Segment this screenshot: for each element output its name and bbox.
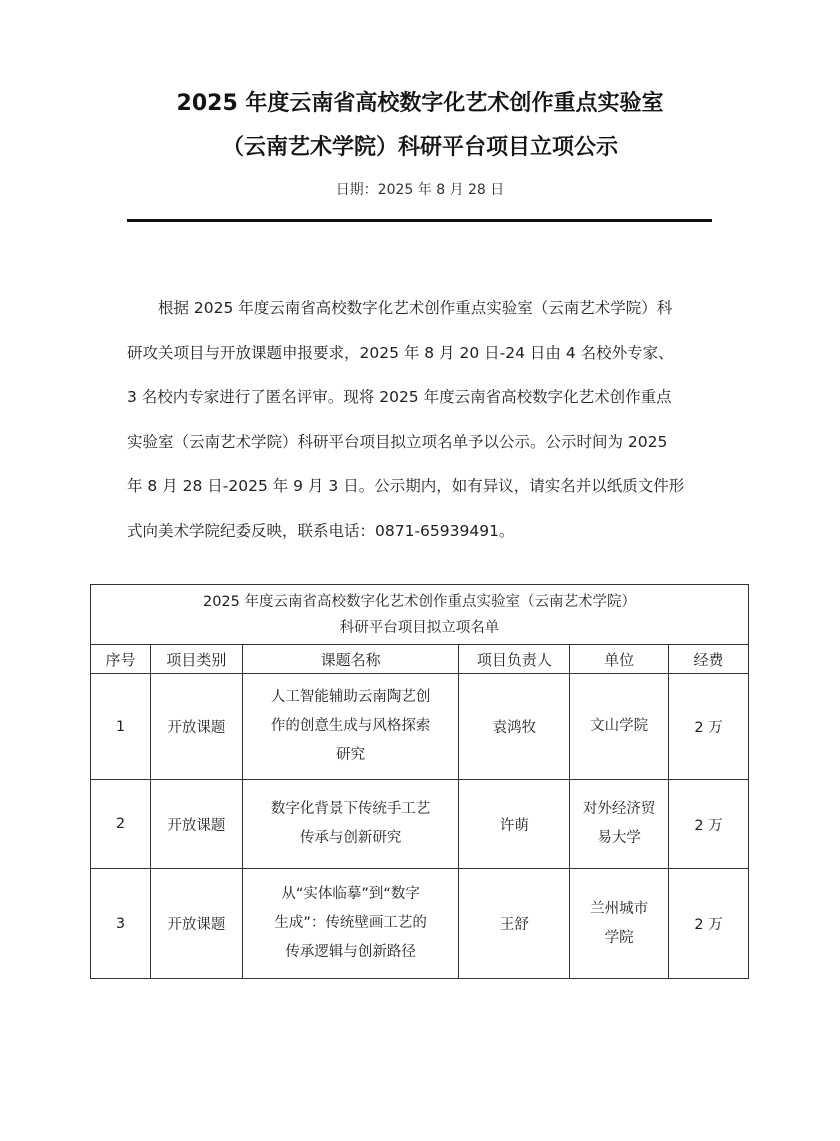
header-divider (127, 219, 712, 222)
cell-topic: 数字化背景下传统手工艺 传承与创新研究 (242, 780, 459, 869)
cell-leader: 袁鸿牧 (459, 674, 570, 780)
cell-funding: 2 万 (669, 674, 749, 780)
table-row: 2 开放课题 数字化背景下传统手工艺 传承与创新研究 许萌 对外经济贸 易大学 … (91, 780, 749, 869)
unit-line: 易大学 (570, 824, 668, 853)
header-leader: 项目负责人 (459, 645, 570, 674)
cell-no: 1 (91, 674, 151, 780)
cell-topic: 从“实体临摹”到“数字 生成”：传统壁画工艺的 传承逻辑与创新路径 (242, 869, 459, 979)
header-funding: 经费 (669, 645, 749, 674)
unit-line: 文山学院 (570, 712, 668, 741)
cell-no: 2 (91, 780, 151, 869)
header-topic: 课题名称 (242, 645, 459, 674)
topic-line: 生成”：传统壁画工艺的 (253, 909, 449, 938)
header-no: 序号 (91, 645, 151, 674)
table-row: 1 开放课题 人工智能辅助云南陶艺创 作的创意生成与风格探索 研究 袁鸿牧 文山… (91, 674, 749, 780)
document-title-line-1: 2025 年度云南省高校数字化艺术创作重点实验室 (0, 86, 840, 117)
header-unit: 单位 (570, 645, 669, 674)
paragraph-line: 年 8 月 28 日-2025 年 9 月 3 日。公示期内，如有异议，请实名并… (127, 464, 717, 509)
project-list-table: 2025 年度云南省高校数字化艺术创作重点实验室（云南艺术学院） 科研平台项目拟… (90, 584, 749, 979)
unit-line: 学院 (570, 924, 668, 953)
cell-unit: 兰州城市 学院 (570, 869, 669, 979)
paragraph-line: 式向美术学院纪委反映，联系电话：0871-65939491。 (127, 509, 717, 554)
topic-line: 作的创意生成与风格探索 (253, 712, 449, 741)
paragraph-line: 实验室（云南艺术学院）科研平台项目拟立项名单予以公示。公示时间为 2025 (127, 420, 717, 465)
cell-category: 开放课题 (150, 780, 242, 869)
cell-leader: 王舒 (459, 869, 570, 979)
table-caption: 2025 年度云南省高校数字化艺术创作重点实验室（云南艺术学院） 科研平台项目拟… (91, 585, 749, 645)
topic-line: 传承逻辑与创新路径 (253, 938, 449, 967)
announcement-paragraph: 根据 2025 年度云南省高校数字化艺术创作重点实验室（云南艺术学院）科 研攻关… (127, 286, 717, 553)
cell-leader: 许萌 (459, 780, 570, 869)
cell-no: 3 (91, 869, 151, 979)
cell-funding: 2 万 (669, 869, 749, 979)
topic-line: 传承与创新研究 (253, 824, 449, 853)
cell-unit: 文山学院 (570, 674, 669, 780)
cell-unit: 对外经济贸 易大学 (570, 780, 669, 869)
table-header-row: 序号 项目类别 课题名称 项目负责人 单位 经费 (91, 645, 749, 674)
unit-line: 兰州城市 (570, 895, 668, 924)
cell-category: 开放课题 (150, 674, 242, 780)
topic-line: 研究 (253, 741, 449, 770)
paragraph-line: 3 名校内专家进行了匿名评审。现将 2025 年度云南省高校数字化艺术创作重点 (127, 375, 717, 420)
paragraph-line: 根据 2025 年度云南省高校数字化艺术创作重点实验室（云南艺术学院）科 (127, 286, 717, 331)
header-category: 项目类别 (150, 645, 242, 674)
cell-funding: 2 万 (669, 780, 749, 869)
cell-topic: 人工智能辅助云南陶艺创 作的创意生成与风格探索 研究 (242, 674, 459, 780)
table-row: 3 开放课题 从“实体临摹”到“数字 生成”：传统壁画工艺的 传承逻辑与创新路径… (91, 869, 749, 979)
unit-line: 对外经济贸 (570, 795, 668, 824)
topic-line: 从“实体临摹”到“数字 (253, 880, 449, 909)
table-caption-line-1: 2025 年度云南省高校数字化艺术创作重点实验室（云南艺术学院） (91, 589, 748, 615)
cell-category: 开放课题 (150, 869, 242, 979)
topic-line: 数字化背景下传统手工艺 (253, 795, 449, 824)
paragraph-line: 研攻关项目与开放课题申报要求，2025 年 8 月 20 日-24 日由 4 名… (127, 331, 717, 376)
topic-line: 人工智能辅助云南陶艺创 (253, 683, 449, 712)
table-caption-line-2: 科研平台项目拟立项名单 (91, 615, 748, 641)
document-title-line-2: （云南艺术学院）科研平台项目立项公示 (0, 130, 840, 161)
publish-date: 日期：2025 年 8 月 28 日 (0, 179, 840, 199)
